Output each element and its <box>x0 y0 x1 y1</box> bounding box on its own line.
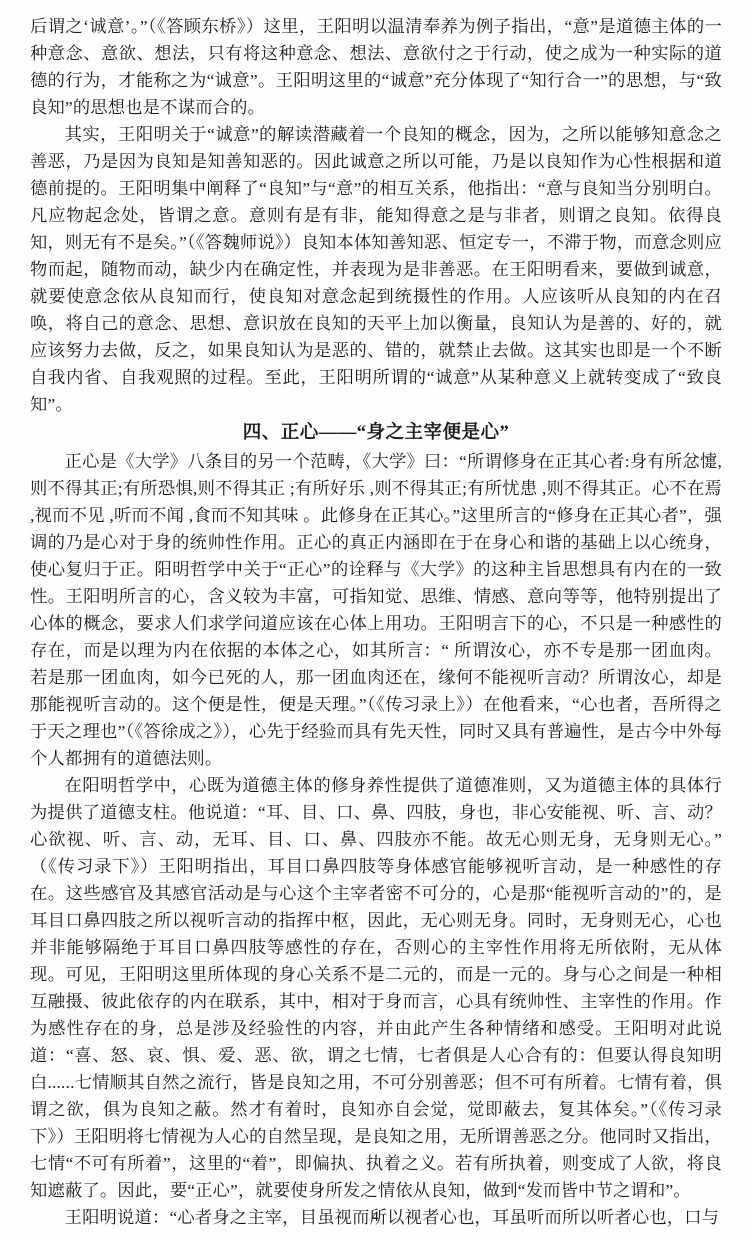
paragraph-chengyi-liangzhi: 其实，王阳明关于“诚意”的解读潜藏着一个良知的概念，因为，之所以能够知意念之善恶… <box>30 121 722 418</box>
page-number: 4 <box>0 1208 750 1226</box>
paragraph-shenxin-guanxi: 在阳明哲学中，心既为道德主体的修身养性提供了道德准则，又为道德主体的具体行为提供… <box>30 772 722 1204</box>
section-heading-zhengxin: 四、正心——“身之主宰便是心” <box>30 419 722 447</box>
document-page: 后谓之‘诚意’。”（《答顾东桥》）这里，王阳明以温清奉养为例子指出，“意”是道德… <box>0 0 750 1238</box>
paragraph-chengyi-continuation: 后谓之‘诚意’。”（《答顾东桥》）这里，王阳明以温清奉养为例子指出，“意”是道德… <box>30 13 722 121</box>
paragraph-daxue-zhengxin: 正心是《大学》八条目的另一个范畴，《大学》曰：“所谓修身在正其心者:身有所忿懥,… <box>30 448 722 772</box>
